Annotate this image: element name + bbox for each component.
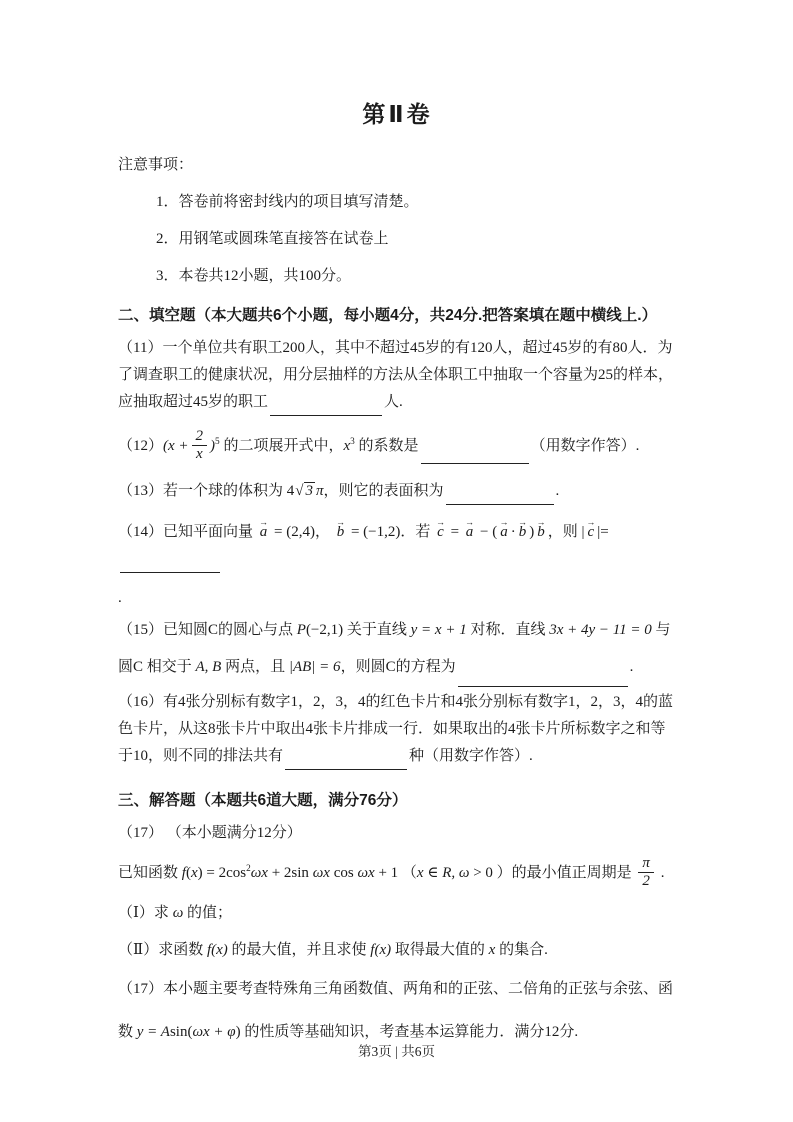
text-run: 的值；: [183, 905, 232, 921]
text-run: 已知函数: [118, 865, 182, 881]
square-root: √3: [295, 483, 315, 499]
vector-symbol: a: [466, 525, 474, 540]
text-run: （用数字作答）.: [531, 438, 640, 454]
page-content: 第Ⅱ卷 注意事项： 1．答卷前将密封线内的项目填写清楚。 2．用钢笔或圆珠笔直接…: [0, 0, 793, 1054]
vector-symbol: b: [537, 525, 545, 540]
math-expression: f(x): [370, 942, 391, 958]
radical-sign: √: [295, 483, 303, 499]
text-run: 的系数是: [355, 438, 419, 454]
vector-symbol: c: [437, 525, 444, 540]
math-expression: ωx: [251, 865, 268, 881]
text-run: =: [447, 524, 463, 540]
text-run: (−2,1) 关于直线: [306, 622, 411, 638]
text-run: = (2,4)，: [270, 524, 333, 540]
text-run: （13）若一个球的体积为 4: [118, 483, 294, 499]
math-expression: A, B: [196, 659, 222, 675]
text-run: （Ⅰ）求: [118, 905, 173, 921]
text-run: ) 的性质等基础知识，考查基本运算能力．满分12分.: [236, 1024, 579, 1040]
math-expression: ω: [173, 905, 184, 921]
math-expression: P: [297, 622, 306, 638]
text-run: ): [529, 524, 534, 540]
fraction-numerator: π: [638, 855, 654, 873]
fraction-denominator: x: [192, 446, 208, 463]
text-run: 的二项展开式中，: [220, 438, 344, 454]
math-expression: ωx: [357, 865, 374, 881]
math-expression: π: [316, 483, 324, 499]
answer-blank: [270, 399, 382, 416]
question-17-part-1: （Ⅰ）求 ω 的值；: [118, 900, 677, 927]
math-expression: 3x + 4y − 11 = 0: [549, 622, 652, 638]
math-expression: ωx: [313, 865, 330, 881]
question-11: （11）一个单位共有职工200人，其中不超过45岁的有120人，超过45岁的有8…: [118, 335, 677, 416]
notice-item-2: 2．用钢笔或圆珠笔直接答在试卷上: [156, 227, 677, 248]
vector-symbol: b: [337, 525, 345, 540]
math-expression: R, ω: [442, 865, 469, 881]
answer-blank: [421, 447, 529, 464]
text-run: + 2sin: [268, 865, 313, 881]
text-run: − (: [476, 524, 497, 540]
question-17-heading: （17） （本小题满分12分）: [118, 820, 677, 847]
text-run: |=: [597, 524, 608, 540]
question-14: （14）已知平面向量 a = (2,4)， b = (−1,2)．若 c = a…: [118, 519, 677, 573]
math-expression: ωx + φ: [192, 1024, 235, 1040]
math-expression: x: [417, 865, 424, 881]
notice-item-3: 3．本卷共12小题，共100分。: [156, 264, 677, 285]
text-run: ) = 2cos: [198, 865, 246, 881]
text-run: ，则它的表面积为: [324, 483, 444, 499]
fraction-denominator: 2: [638, 873, 654, 890]
text-run: ∈: [424, 865, 443, 881]
radicand: 3: [304, 482, 316, 499]
text-run: .: [556, 483, 560, 499]
vector-symbol: a: [500, 525, 508, 540]
text-run: sin(: [170, 1024, 193, 1040]
math-expression: (x +: [163, 438, 189, 454]
text-run: 取得最大值的: [391, 942, 489, 958]
text-run: 人.: [384, 394, 403, 410]
text-run: .: [630, 659, 634, 675]
text-run: 的最大值，并且求使: [228, 942, 371, 958]
text-run: .: [657, 865, 665, 881]
answer-blank: [120, 556, 220, 573]
math-expression: y = x + 1: [411, 622, 467, 638]
exam-page: 第Ⅱ卷 注意事项： 1．答卷前将密封线内的项目填写清楚。 2．用钢笔或圆珠笔直接…: [0, 0, 793, 1122]
question-12: （12）(x +2x)5 的二项展开式中，x3 的系数是（用数字作答）.: [118, 428, 677, 464]
text-run: （14）已知平面向量: [118, 524, 257, 540]
question-14-trailing-period: .: [118, 585, 677, 612]
text-run: ，则 |: [548, 524, 585, 540]
section-fill-in-heading: 二、填空题（本大题共6个小题，每小题4分，共24分.把答案填在题中横线上.）: [118, 303, 677, 325]
text-run: cos: [330, 865, 358, 881]
text-run: > 0 ）的最小值正周期是: [469, 865, 635, 881]
text-run: = (−1,2)．若: [347, 524, 434, 540]
text-run: 的集合.: [495, 942, 548, 958]
text-run: （12）: [118, 438, 163, 454]
question-16: （16）有4张分别标有数字1，2，3，4的红色卡片和4张分别标有数字1，2，3，…: [118, 689, 677, 770]
text-run: ，则圆C的方程为: [341, 659, 456, 675]
math-expression: |AB| = 6: [289, 659, 341, 675]
page-title: 第Ⅱ卷: [118, 96, 677, 129]
fraction: π2: [638, 855, 654, 891]
text-run: （15）已知圆C的圆心与点: [118, 622, 297, 638]
question-17-formula: 已知函数 f(x) = 2cos2ωx + 2sin ωx cos ωx + 1…: [118, 855, 677, 891]
section-solutions-heading: 三、解答题（本题共6道大题，满分76分）: [118, 788, 677, 810]
question-15: （15）已知圆C的圆心与点 P(−2,1) 关于直线 y = x + 1 对称．…: [118, 612, 677, 687]
text-run: 对称．直线: [467, 622, 550, 638]
text-run: 两点，且: [221, 659, 289, 675]
fraction-numerator: 2: [192, 428, 208, 446]
page-footer: 第3页 | 共6页: [0, 1040, 793, 1060]
vector-symbol: a: [260, 525, 268, 540]
vector-symbol: c: [588, 525, 595, 540]
fraction: 2x: [192, 428, 208, 464]
text-run: + 1 （: [375, 865, 417, 881]
text-run: ·: [511, 524, 516, 540]
question-17-part-2: （Ⅱ）求函数 f(x) 的最大值，并且求使 f(x) 取得最大值的 x 的集合.: [118, 937, 677, 964]
text-run: （Ⅱ）求函数: [118, 942, 207, 958]
math-expression: f(x): [207, 942, 228, 958]
notice-item-1: 1．答卷前将密封线内的项目填写清楚。: [156, 190, 677, 211]
answer-blank: [458, 670, 628, 687]
answer-blank: [446, 488, 554, 505]
question-13: （13）若一个球的体积为 4√3π，则它的表面积为.: [118, 478, 677, 505]
text-run: 种（用数字作答）.: [409, 748, 533, 764]
notice-label: 注意事项：: [118, 153, 677, 174]
answer-blank: [285, 753, 407, 770]
math-expression: y = A: [137, 1024, 170, 1040]
math-expression: x: [191, 865, 198, 881]
vector-symbol: b: [519, 525, 527, 540]
